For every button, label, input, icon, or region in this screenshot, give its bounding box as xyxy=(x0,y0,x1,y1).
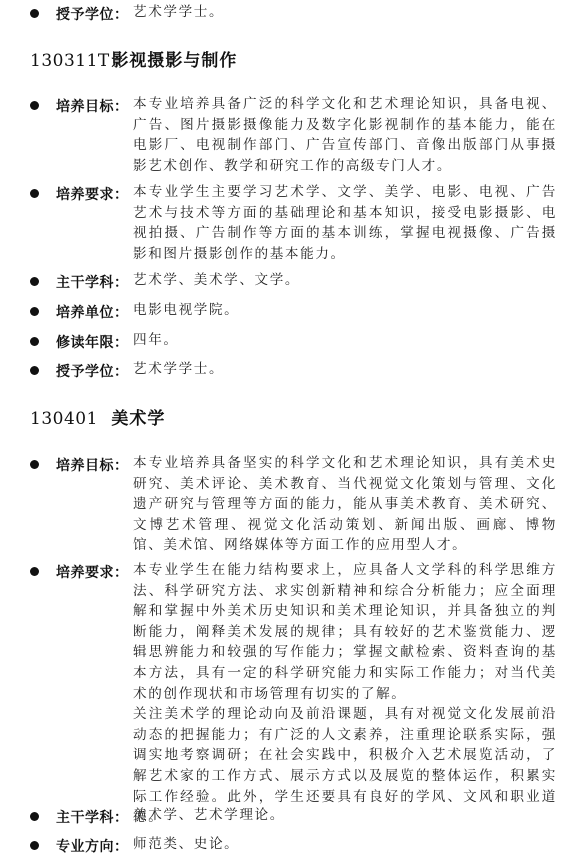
item-label: 培养要求： xyxy=(56,562,129,582)
item-value: 艺术学学士。 xyxy=(133,359,557,380)
bullet-icon xyxy=(30,337,39,346)
item-label: 培养目标： xyxy=(56,455,129,475)
item-label: 培养单位： xyxy=(56,302,129,322)
item-label: 授予学位： xyxy=(56,4,129,24)
item-value-paragraph-1: 本专业学生在能力结构要求上，应具备人文学科的科学思维方法、科学研究方法、求实创新… xyxy=(133,560,557,704)
bullet-icon xyxy=(30,567,39,576)
major-code: 130401 xyxy=(30,409,106,429)
item-value: 四年。 xyxy=(133,330,557,351)
item-label: 专业方向： xyxy=(56,836,129,856)
item-value: 本专业学生主要学习艺术学、文学、美学、电影、电视、广告艺术与技术等方面的基础理论… xyxy=(133,182,557,264)
item-label: 主干学科： xyxy=(56,272,129,292)
section-heading: 130311T 影视摄影与制作 xyxy=(30,46,237,71)
bullet-icon xyxy=(30,307,39,316)
item-value: 本专业培养具备广泛的科学文化和艺术理论知识，具备电视、广告、图片摄影摄像能力及数… xyxy=(133,94,557,176)
item-value-text: 本专业学生在能力结构要求上，应具备人文学科的科学思维方法、科学研究方法、求实创新… xyxy=(133,560,557,828)
item-label: 授予学位： xyxy=(56,361,129,381)
item-label: 主干学科： xyxy=(56,807,129,827)
section-heading: 130401 美术学 xyxy=(30,404,165,429)
bullet-icon xyxy=(30,366,39,375)
item-value: 师范类、史论。 xyxy=(133,834,557,855)
bullet-icon xyxy=(30,189,39,198)
item-value: 艺术学、美术学、文学。 xyxy=(133,270,557,291)
item-value: 电影电视学院。 xyxy=(133,300,557,321)
major-name: 美术学 xyxy=(111,409,165,429)
item-label: 修读年限： xyxy=(56,332,129,352)
major-name: 影视摄影与制作 xyxy=(111,51,237,71)
bullet-icon xyxy=(30,101,39,110)
bullet-icon xyxy=(30,841,39,850)
bullet-icon xyxy=(30,460,39,469)
item-label: 培养目标： xyxy=(56,96,129,116)
item-label: 培养要求： xyxy=(56,184,129,204)
major-code: 130311T xyxy=(30,51,106,71)
item-value: 艺术学学士。 xyxy=(133,2,557,23)
item-value: 美术学、艺术学理论。 xyxy=(133,805,557,826)
bullet-icon xyxy=(30,277,39,286)
bullet-icon xyxy=(30,9,39,18)
bullet-icon xyxy=(30,812,39,821)
item-value: 本专业培养具备坚实的科学文化和艺术理论知识，具有美术史研究、美术评论、美术教育、… xyxy=(133,453,557,556)
